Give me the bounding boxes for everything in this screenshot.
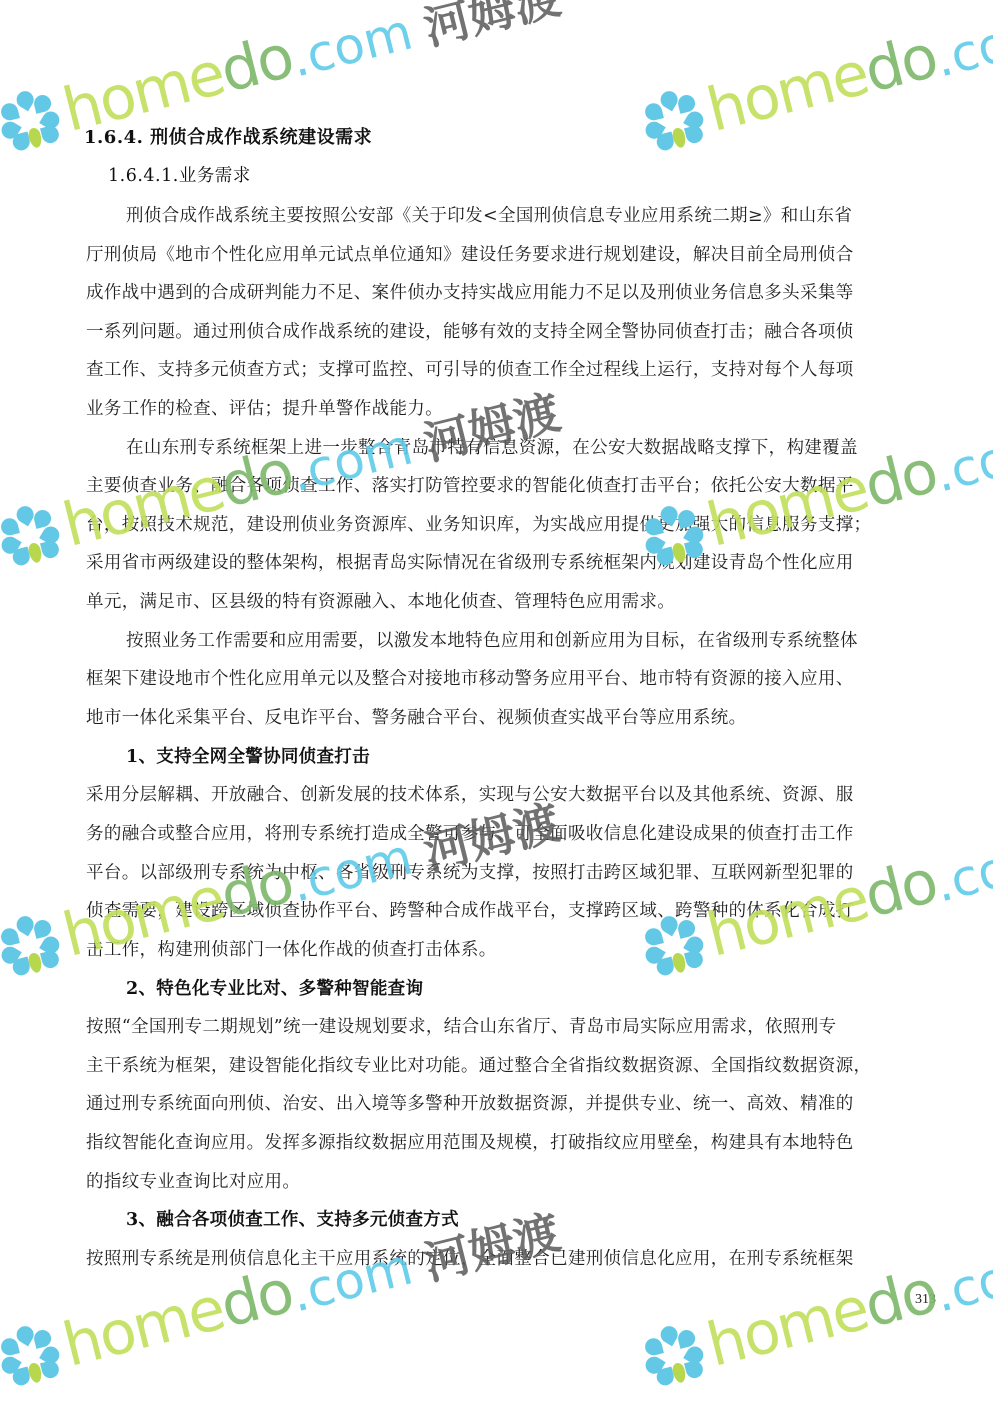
homedo-flower-icon (0, 1317, 68, 1392)
paragraph-line: 查工作、支持多元侦查方式；支撑可监控、可引导的侦查工作全过程线上运行，支持对每个… (86, 356, 854, 381)
homedo-flower-icon (637, 1317, 712, 1392)
paragraph-line: 在山东刑专系统框架上进一步整合青岛市特有信息资源，在公安大数据战略支撑下，构建覆… (126, 434, 858, 459)
paragraph-line: 平台。以部级刑专系统为中枢、各省级刑专系统为支撑，按照打击跨区域犯罪、互联网新型… (86, 859, 854, 884)
paragraph-line: 通过刑专系统面向刑侦、治安、出入境等多警种开放数据资源，并提供专业、统一、高效、… (86, 1090, 854, 1115)
paragraph-line: 地市一体化采集平台、反电诈平台、警务融合平台、视频侦查实战平台等应用系统。 (86, 704, 746, 729)
paragraph-line: 击工作，构建刑侦部门一体化作战的侦查打击体系。 (86, 936, 497, 961)
paragraph-line: 台，按照技术规范，建设刑侦业务资源库、业务知识库，为实战应用提供更加强大的信息服… (86, 511, 871, 536)
paragraph-line: 采用分层解耦、开放融合、创新发展的技术体系，实现与公安大数据平台以及其他系统、资… (86, 781, 854, 806)
paragraph-line: 单元，满足市、区县级的特有资源融入、本地化侦查、管理特色应用需求。 (86, 588, 675, 613)
subsection-title-3: 3、融合各项侦查工作、支持多元侦查方式 (126, 1206, 459, 1231)
subsection-title-2: 2、特色化专业比对、多警种智能查询 (126, 975, 423, 1000)
paragraph-line: 务的融合或整合应用，将刑专系统打造成全警可参与、可全面吸收信息化建设成果的侦查打… (86, 820, 854, 845)
paragraph-line: 按照业务工作需要和应用需要，以激发本地特色应用和创新应用为目标，在省级刑专系统整… (126, 627, 858, 652)
paragraph-line: 的指纹专业查询比对应用。 (86, 1168, 300, 1193)
paragraph-line: 厅刑侦局《地市个性化应用单元试点单位通知》建设任务要求进行规划建设，解决目前全局… (86, 241, 854, 266)
paragraph-line: 按照刑专系统是刑侦信息化主干应用系统的定位，全面整合已建刑侦信息化应用，在刑专系… (86, 1245, 854, 1270)
paragraph-line: 主要侦查业务、融合各项侦查工作、落实打防管控要求的智能化侦查打击平台；依托公安大… (86, 472, 854, 497)
paragraph-line: 指纹智能化查询应用。发挥多源指纹数据应用范围及规模，打破指纹应用壁垒，构建具有本… (86, 1129, 854, 1154)
page-number: 313 (915, 1292, 936, 1308)
paragraph-line: 框架下建设地市个性化应用单元以及整合对接地市移动警务应用平台、地市特有资源的接入… (86, 665, 854, 690)
homedo-flower-icon (0, 497, 68, 572)
document-page: 1.6.4. 刑侦合成作战系统建设需求 1.6.4.1.业务需求 刑侦合成作战系… (0, 0, 993, 1403)
watermark-homedo: homedo.com (637, 0, 993, 157)
homedo-flower-icon (637, 82, 712, 157)
paragraph-line: 按照“全国刑专二期规划”统一建设规划要求，结合山东省厅、青岛市局实际应用需求，依… (86, 1013, 836, 1038)
paragraph-line: 一系列问题。通过刑侦合成作战系统的建设，能够有效的支持全网全警协同侦查打击；融合… (86, 318, 854, 343)
paragraph-line: 采用省市两级建设的整体架构，根据青岛实际情况在省级刑专系统框架内规划建设青岛个性… (86, 549, 854, 574)
paragraph-line: 主干系统为框架，建设智能化指纹专业比对功能。通过整合全省指纹数据资源、全国指纹数… (86, 1052, 871, 1077)
homedo-flower-icon (0, 82, 68, 157)
paragraph-line: 成作战中遇到的合成研判能力不足、案件侦办支持实战应用能力不足以及刑侦业务信息多头… (86, 279, 854, 304)
section-heading-1-6-4-1: 1.6.4.1.业务需求 (108, 162, 251, 187)
subsection-title-1: 1、支持全网全警协同侦查打击 (126, 743, 370, 768)
paragraph-line: 刑侦合成作战系统主要按照公安部《关于印发<全国刑侦信息专业应用系统二期≥》和山东… (126, 202, 852, 227)
paragraph-line: 业务工作的检查、评估；提升单警作战能力。 (86, 395, 443, 420)
section-heading-1-6-4: 1.6.4. 刑侦合成作战系统建设需求 (84, 123, 372, 149)
paragraph-line: 侦查需要，建设跨区域侦查协作平台、跨警种合成作战平台，支撑跨区域、跨警种的体系化… (86, 897, 854, 922)
homedo-flower-icon (0, 907, 68, 982)
